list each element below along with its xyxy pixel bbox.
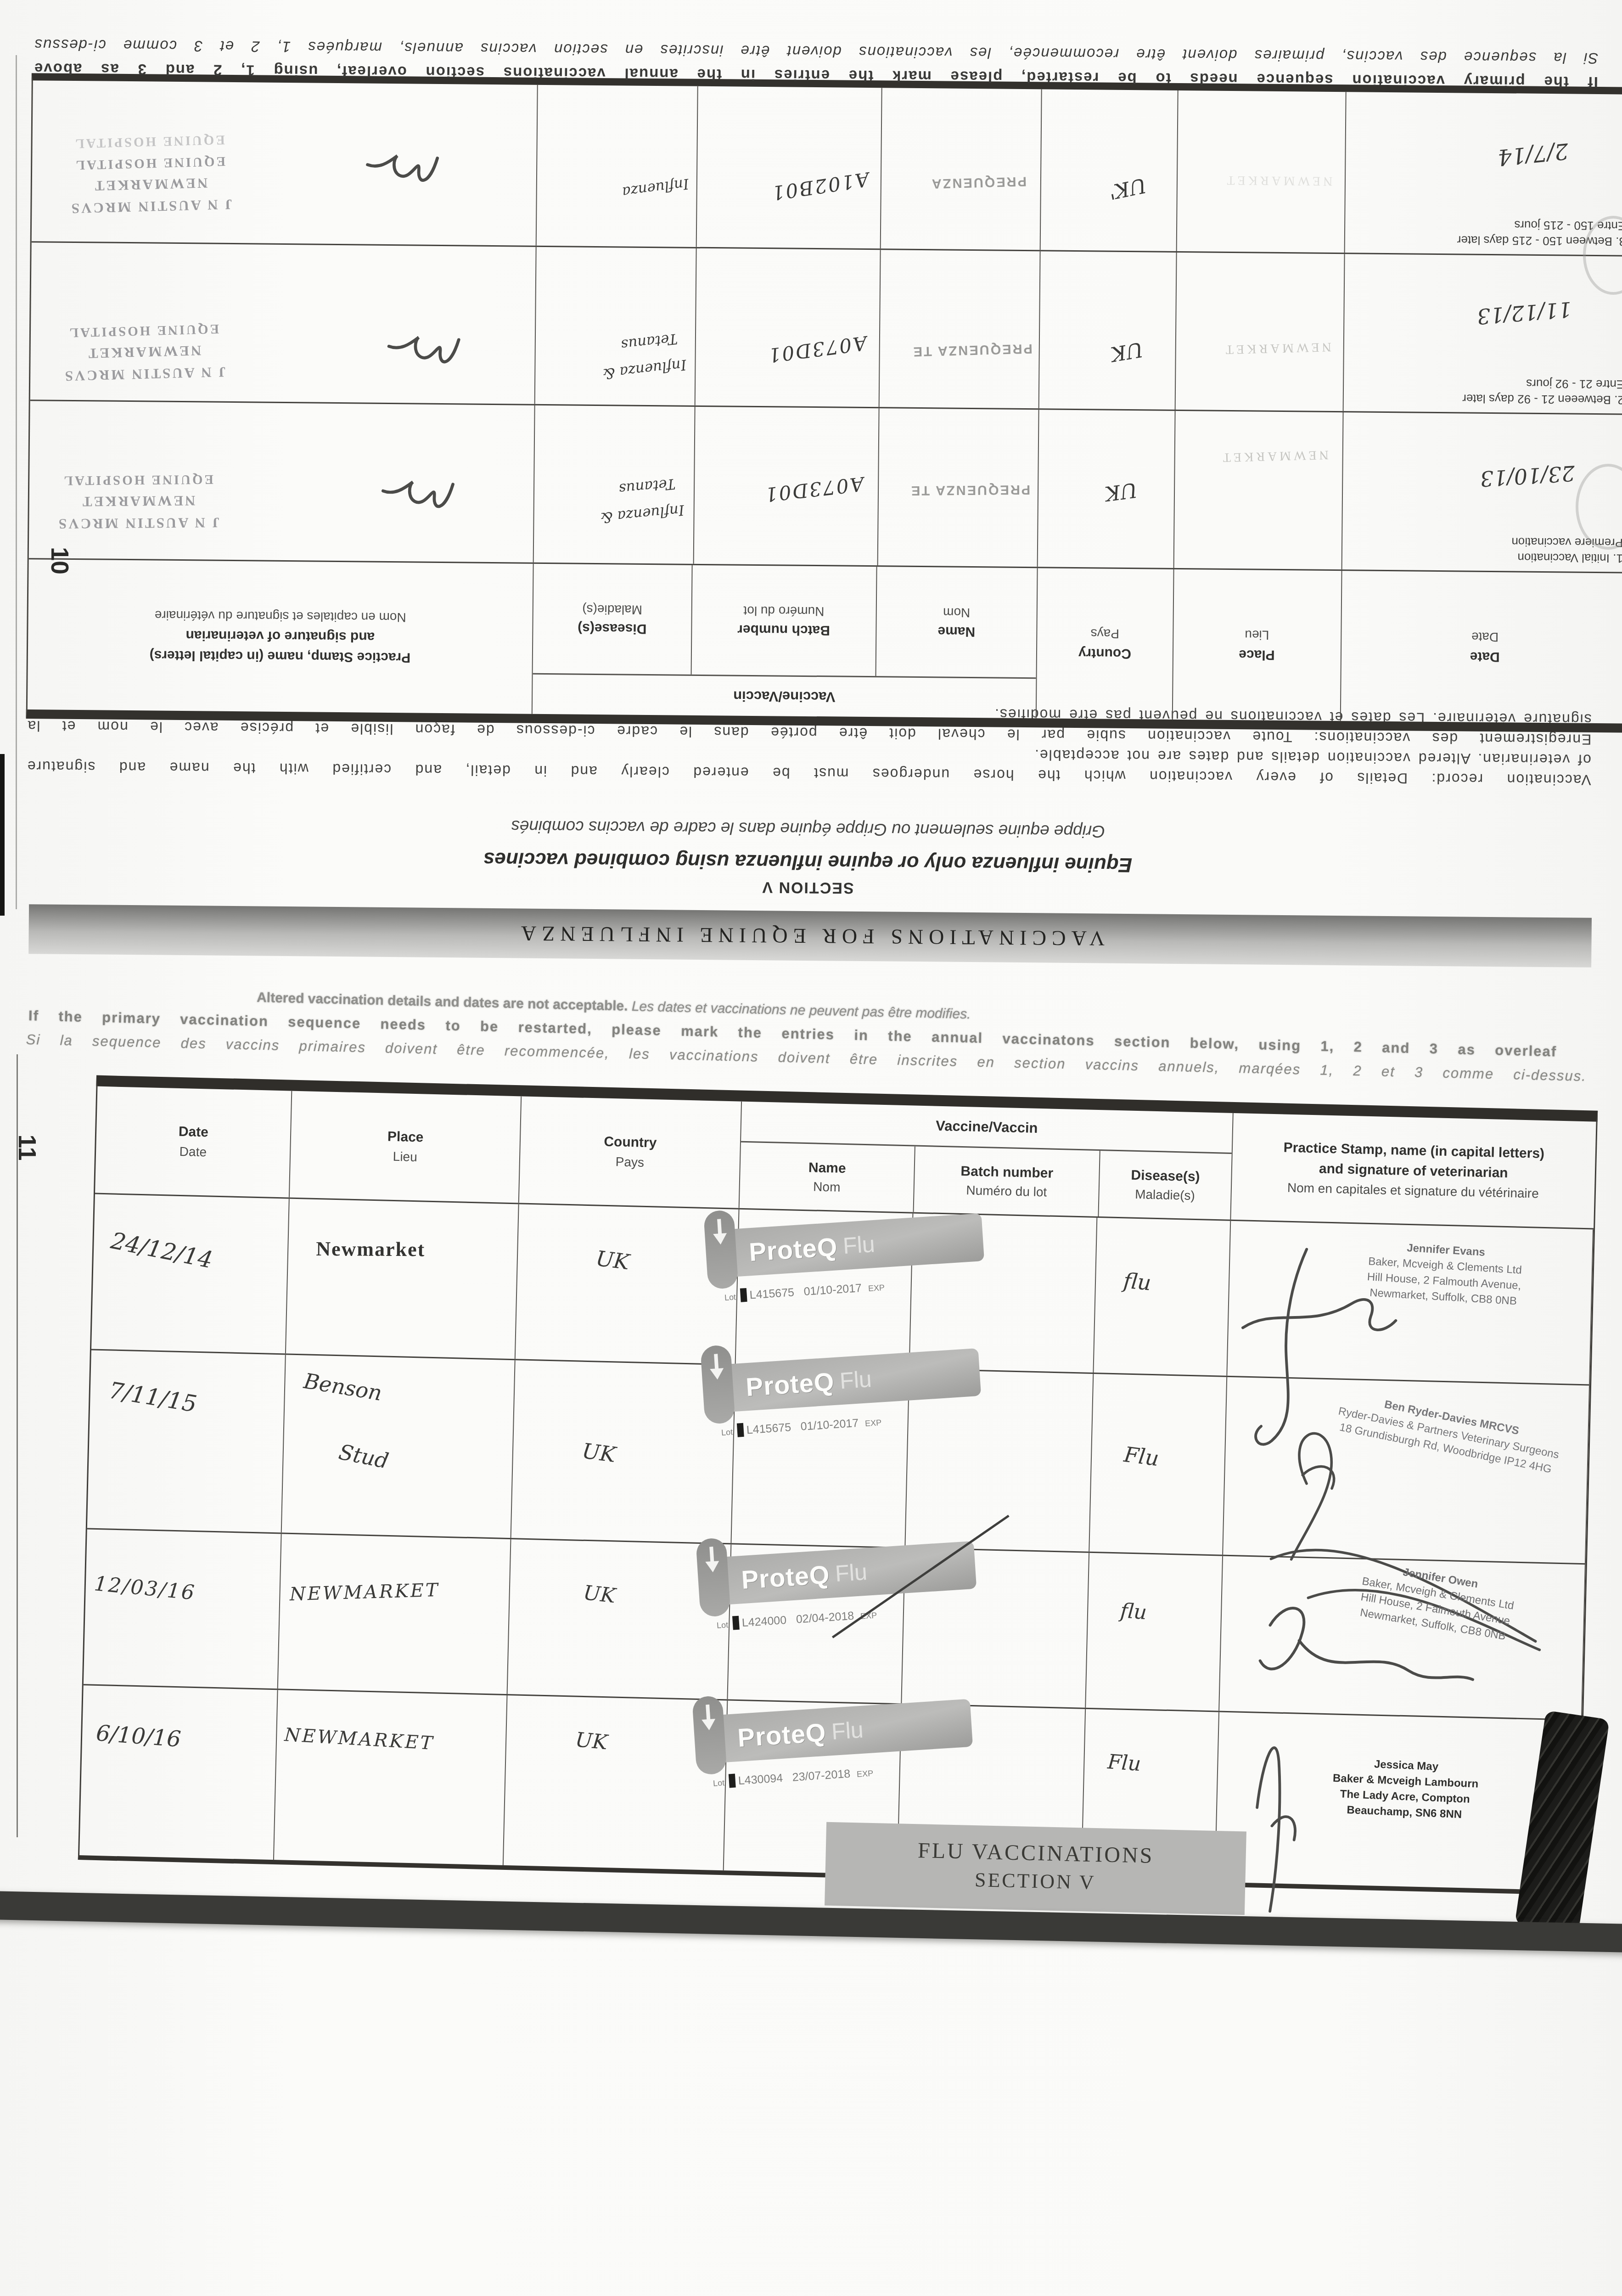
header-place-en: Place <box>1239 647 1275 663</box>
row1-disease-cell: Influenza & Tetanus <box>533 405 695 564</box>
page-11: Altered vaccination details and dates ar… <box>0 978 1622 1957</box>
row2-vaccine-name-cell: PREQUENZA TE <box>878 250 1040 408</box>
brand-flu: Flu <box>839 1366 872 1394</box>
stamp-line-2: NEWMARKET <box>69 174 232 195</box>
header-date-fr: Date <box>1471 630 1499 645</box>
row1-vaccine-stamp: PREQUENZA TE <box>910 482 1030 498</box>
col-header-stamp: Practice Stamp, name (in capital letters… <box>28 559 533 714</box>
row2-seq-label: 2. Betweeen 21 - 92 days later Entre 21 … <box>1462 375 1622 408</box>
col-header-date: Date Date <box>95 1086 292 1198</box>
seq-fr: Entre 21 - 92 jours <box>1462 375 1622 392</box>
col-header-batch: Batch number Numéro du lot <box>914 1147 1100 1216</box>
row3-place-cell: NEWMARKET <box>278 1534 511 1694</box>
stamp-line-1: J N AUSTIN MRCVS <box>57 514 220 532</box>
header-stamp-en1: Practice Stamp, name (in capital letters… <box>150 647 411 665</box>
note1-italic: Les dates et vaccinations ne peuvent pas… <box>631 999 971 1022</box>
row2-disease-line2: Tetanus <box>620 330 679 353</box>
row3-vaccine-name-cell: PREQUENZA <box>880 88 1041 250</box>
header-stamp-fr: Nom en capitales et signature du vétérin… <box>155 608 406 625</box>
header-stamp-en2: and signature of veterinarian <box>1319 1161 1508 1181</box>
header-batch-fr: Numéro du lot <box>743 603 824 619</box>
table10-row-1: 1. Initial Vaccination Premiere vaccinat… <box>29 400 1622 572</box>
row2-vaccine-stamp: PREQUENZA TE <box>912 341 1033 359</box>
row1-date-cell: 24/12/14 <box>91 1194 290 1354</box>
col-header-name: Name Nom <box>875 567 1037 677</box>
header-stamp-en1: Practice Stamp, name (in capital letters… <box>1283 1140 1544 1162</box>
row1-disease-cell: flu <box>1094 1218 1231 1376</box>
flu-vaccinations-tab: FLU VACCINATIONS SECTION V <box>825 1822 1246 1915</box>
row1-disease-line2: Tetanus <box>618 475 676 497</box>
lot-label: Lot <box>713 1778 724 1788</box>
exp-label: EXP <box>864 1418 881 1428</box>
row1-country-handwritten: UK <box>595 1246 631 1275</box>
stamp-line-4-faint: EQUINE HOSPITAL <box>68 132 231 151</box>
header-country-fr: Pays <box>615 1154 644 1170</box>
vaccine-subheaders: Name Nom Batch number Numéro du lot Dise… <box>533 564 1037 678</box>
row2-batch-number: L415675 <box>746 1421 791 1436</box>
syringe-icon <box>703 1210 739 1289</box>
row2-place-cell: NEWMARKET <box>1174 253 1344 411</box>
seq-en: 1. Initial Vaccination <box>1511 550 1622 566</box>
header-batch-en: Batch number <box>737 622 830 638</box>
col-header-country: Country Pays <box>1036 568 1173 720</box>
header-disease-fr: Maladie(s) <box>1135 1187 1195 1203</box>
row4-batch-number: L430094 <box>738 1772 783 1787</box>
row2-practice-stamp-cell: Ben Ryder-Davies MRCVS Ryder-Davies & Pa… <box>1223 1377 1590 1564</box>
page-number-10: 10 <box>45 547 74 574</box>
header-place-en: Place <box>387 1129 424 1146</box>
row4-practice-stamp: Jessica May Baker & Mcveigh Lambourn The… <box>1331 1755 1479 1823</box>
row4-place-handwritten: NEWMARKET <box>284 1724 435 1754</box>
row1-country-cell: UK <box>1037 410 1174 568</box>
page11-flu-vaccination-table: Date Date Place Lieu Country Pays Vaccin… <box>78 1075 1598 1896</box>
row3-date-handwritten: 2/7/14 <box>1497 138 1570 170</box>
page10-vaccination-table: Date Date Place Lieu Country Pays Vaccin… <box>26 73 1622 732</box>
table10-header-row: Date Date Place Lieu Country Pays Vaccin… <box>28 558 1622 723</box>
row1-date-handwritten: 24/12/14 <box>109 1227 215 1274</box>
header-country-en: Country <box>604 1134 657 1151</box>
down-arrow-icon <box>700 1704 717 1733</box>
row2-batch-handwritten: A073D01 <box>765 332 868 367</box>
page-number-11: 11 <box>13 1134 41 1160</box>
row3-disease-handwritten: flu <box>1120 1599 1148 1624</box>
lot-label: Lot <box>721 1427 733 1437</box>
row3-country-handwritten: UK <box>582 1581 617 1608</box>
lot-barcode-mark <box>729 1774 736 1788</box>
row1-place-cell: Newmarket <box>286 1199 519 1359</box>
brand-proteq: ProteQ <box>748 1232 838 1267</box>
row1-practice-stamp: Jennifer Evans Baker, Mcveigh & Clements… <box>1366 1238 1523 1309</box>
band-title: VACCINATIONS FOR EQUINE INFLUENZA <box>516 922 1105 950</box>
row1-practice-stamp-cell: J N AUSTIN MRCVS NEWMARKET EQUINE HOSPIT… <box>29 401 534 563</box>
brand-flu: Flu <box>831 1716 864 1745</box>
row1-batch-handwritten: A073D01 <box>763 473 865 506</box>
lot-barcode-mark <box>740 1288 747 1302</box>
row2-place-line2: Stud <box>337 1439 391 1473</box>
down-arrow-icon <box>703 1546 721 1575</box>
row3-date-cell: 3. Between 150 - 215 days later Entre 15… <box>1344 92 1622 255</box>
row2-date-handwritten: 11/12/13 <box>1476 297 1572 329</box>
row1-place-stamp: Newmarket <box>316 1237 426 1261</box>
row1-vaccine-name-cell: PREQUENZA TE <box>877 408 1038 567</box>
header-disease-en: Disease(s) <box>1131 1167 1200 1185</box>
row1-disease-line1: Influenza & <box>600 501 685 526</box>
brand-proteq: ProteQ <box>745 1367 835 1402</box>
table10-row-3: 3. Between 150 - 215 days later Entre 15… <box>32 80 1622 255</box>
header-country-en: Country <box>1078 646 1131 662</box>
vaccine-subheaders: Name Nom Batch number Numéro du lot Dise… <box>740 1142 1232 1220</box>
header-place-fr: Lieu <box>1245 628 1269 642</box>
pen-stroke-through-label <box>752 1510 1035 1665</box>
lot-label: Lot <box>724 1292 736 1302</box>
col-header-batch: Batch number Numéro du lot <box>690 565 876 676</box>
col-header-vaccine-group: Vaccine/Vaccin Name Nom Batch number Num… <box>532 564 1037 719</box>
row2-disease-line1: Influenza & <box>601 356 687 383</box>
row4-practice-stamp-cell: Jessica May Baker & Mcveigh Lambourn The… <box>1215 1712 1582 1891</box>
row3-date-cell: 12/03/16 <box>84 1529 282 1688</box>
row3-vaccine-stamp: PREQUENZA <box>931 173 1027 191</box>
row1-country-handwritten: UK <box>1104 478 1139 506</box>
row2-disease-handwritten: Flu <box>1122 1442 1161 1471</box>
row1-disease-handwritten: flu <box>1122 1268 1152 1295</box>
header-country-fr: Pays <box>1090 626 1119 642</box>
tab-line-1: FLU VACCINATIONS <box>825 1836 1246 1871</box>
row2-country-cell: UK <box>1038 251 1176 410</box>
row2-country-handwritten: UK <box>1109 338 1145 366</box>
binding-mark <box>0 754 5 916</box>
row1-batch-number: L415675 <box>749 1286 795 1301</box>
row2-disease-cell: Influenza & Tetanus <box>534 247 696 405</box>
brand-flu: Flu <box>842 1231 876 1259</box>
col-header-disease: Disease(s) Maladie(s) <box>1099 1151 1232 1220</box>
header-date-fr: Date <box>179 1144 207 1159</box>
note1-bold: Altered vaccination details and dates ar… <box>257 990 628 1014</box>
row2-date-cell: 2. Betweeen 21 - 92 days later Entre 21 … <box>1342 254 1622 413</box>
lot-barcode-mark <box>737 1423 744 1437</box>
row3-disease-line1: Influenza <box>621 175 690 201</box>
header-stamp-fr: Nom en capitales et signature du vétérin… <box>1287 1181 1539 1201</box>
row1-batch-cell: A073D01 <box>693 407 878 565</box>
row1-practice-stamp: J N AUSTIN MRCVS NEWMARKET EQUINE HOSPIT… <box>56 472 219 532</box>
row2-place-line1: Benson <box>302 1368 384 1406</box>
row1-place-stamp: NEWMARKET <box>1220 447 1329 465</box>
syringe-icon <box>692 1695 727 1775</box>
row2-country-cell: UK <box>511 1360 736 1543</box>
row3-vet-signature <box>357 143 445 194</box>
row1-vet-signature <box>373 469 460 521</box>
header-vaccine-group-label: Vaccine/Vaccin <box>533 673 1036 719</box>
row2-vet-signature <box>378 325 466 376</box>
row4-country-handwritten: UK <box>574 1728 608 1754</box>
row2-date-handwritten: 7/11/15 <box>107 1377 199 1418</box>
col-header-stamp: Practice Stamp, name (in capital letters… <box>1231 1113 1596 1228</box>
header-disease-en: Disease(s) <box>578 620 646 636</box>
header-date-en: Date <box>179 1124 209 1141</box>
stamp-line-2: NEWMARKET <box>57 492 220 510</box>
row3-place-stamp: NEWMARKET <box>1224 173 1332 188</box>
row4-date-handwritten: 6/10/16 <box>95 1720 182 1752</box>
row2-batch-cell: A073D01 <box>694 248 880 407</box>
col-header-country: Country Pays <box>519 1096 742 1208</box>
row4-place-cell: NEWMARKET <box>274 1690 507 1865</box>
section-band: VACCINATIONS FOR EQUINE INFLUENZA <box>28 904 1592 968</box>
stamp-line-3: EQUINE HOSPITAL <box>68 153 231 173</box>
row1-date-handwritten: 23/10/13 <box>1479 461 1576 491</box>
lot-label: Lot <box>716 1620 728 1630</box>
black-practice-logo <box>1515 1711 1610 1933</box>
tab-line-2: SECTION V <box>825 1865 1246 1898</box>
header-batch-fr: Numéro du lot <box>966 1183 1047 1199</box>
row1-practice-stamp-cell: Jennifer Evans Baker, Mcveigh & Clements… <box>1227 1221 1594 1384</box>
row3-place-handwritten: NEWMARKET <box>290 1580 440 1605</box>
row3-disease-cell: flu <box>1086 1553 1223 1711</box>
row4-disease-handwritten: Flu <box>1107 1750 1142 1776</box>
col-header-vaccine-group: Vaccine/Vaccin Name Nom Batch number Num… <box>740 1102 1234 1220</box>
seq-en: 2. Betweeen 21 - 92 days later <box>1462 391 1622 408</box>
down-arrow-icon <box>711 1218 729 1247</box>
row3-place-cell: NEWMARKET <box>1176 90 1345 253</box>
row2-practice-stamp: J N AUSTIN MRCVS NEWMARKET EQUINE HOSPIT… <box>62 321 226 384</box>
brand-proteq: ProteQ <box>736 1717 826 1752</box>
lot-barcode-mark <box>732 1616 740 1630</box>
row3-batch-cell: A102B01 <box>696 86 881 248</box>
row3-date-handwritten: 12/03/16 <box>93 1572 196 1604</box>
header-stamp-en2: and signature of veterinarian <box>185 628 375 645</box>
down-arrow-icon <box>708 1353 725 1382</box>
syringe-icon <box>696 1537 731 1617</box>
exp-label: EXP <box>856 1768 873 1778</box>
row3-practice-stamp: J N AUSTIN MRCVS NEWMARKET EQUINE HOSPIT… <box>68 132 233 217</box>
row4-date-cell: 6/10/16 <box>79 1685 278 1860</box>
col-header-name: Name Nom <box>740 1142 916 1212</box>
page-10-upside-down: VACCINATIONS FOR EQUINE INFLUENZA SECTIO… <box>0 0 1622 990</box>
row3-practice-stamp-cell: J N AUSTIN MRCVS NEWMARKET EQUINE HOSPIT… <box>32 80 537 246</box>
col-header-disease: Disease(s) Maladie(s) <box>533 564 692 675</box>
header-place-fr: Lieu <box>393 1149 417 1165</box>
col-header-place: Place Lieu <box>290 1091 522 1203</box>
stamp-line-3: EQUINE HOSPITAL <box>56 472 219 488</box>
margin-line-top <box>16 55 17 909</box>
header-name-en: Name <box>937 623 975 639</box>
row3-batch-handwritten: A102B01 <box>769 168 870 204</box>
stamp-line-2: NEWMARKET <box>62 342 225 362</box>
row2-country-handwritten: UK <box>581 1438 617 1467</box>
row1-place-cell: NEWMARKET <box>1173 411 1342 569</box>
stamp-line-1: J N AUSTIN MRCVS <box>63 364 226 384</box>
row2-disease-cell: Flu <box>1089 1374 1227 1555</box>
scanned-passport-spread: VACCINATIONS FOR EQUINE INFLUENZA SECTIO… <box>0 0 1622 2296</box>
header-batch-en: Batch number <box>960 1164 1053 1182</box>
syringe-icon <box>700 1345 735 1424</box>
header-disease-fr: Maladie(s) <box>582 602 642 617</box>
row2-practice-stamp-cell: J N AUSTIN MRCVS NEWMARKET EQUINE HOSPIT… <box>30 242 536 404</box>
header-date-en: Date <box>1470 649 1500 665</box>
row2-place-cell: Benson Stud <box>282 1355 516 1538</box>
row3-disease-cell: Influenza <box>536 85 697 247</box>
header-name-fr: Nom <box>943 605 970 620</box>
row2-date-cell: 7/11/15 <box>87 1350 286 1532</box>
header-name-en: Name <box>808 1160 846 1176</box>
row2-place-stamp: NEWMARKET <box>1223 339 1331 357</box>
table10-row-2: 2. Betweeen 21 - 92 days later Entre 21 … <box>30 241 1622 413</box>
exp-label: EXP <box>868 1283 885 1293</box>
row3-practice-stamp-cell: Jennifer Owen Baker, Mcveigh & Clements … <box>1219 1556 1586 1720</box>
page10-title-fr: Grippe equine seulement ou Grippe équine… <box>0 812 1619 846</box>
col-header-date: Date Date <box>1340 571 1622 723</box>
row3-country-cell: UK' <box>1040 89 1177 251</box>
col-header-place: Place Lieu <box>1172 569 1341 721</box>
stamp-line-1: J N AUSTIN MRCVS <box>70 196 233 217</box>
row3-country-handwritten: UK' <box>1106 173 1148 203</box>
header-name-fr: Nom <box>813 1179 841 1194</box>
stamp-line-3: EQUINE HOSPITAL <box>62 321 225 340</box>
